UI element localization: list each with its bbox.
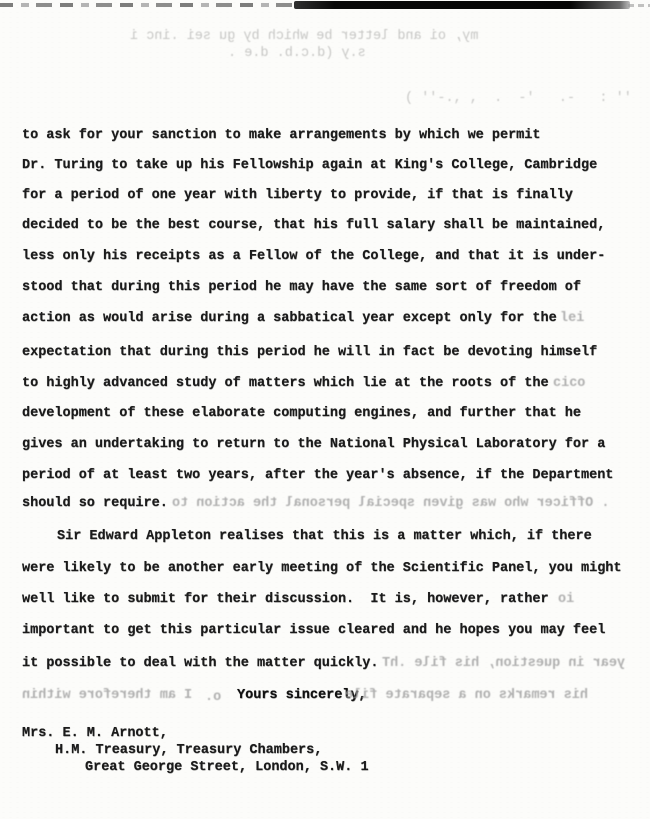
bleedthrough-text: s.y (d.c.b. d.e . [228,46,366,61]
letter-line: should so require. [22,496,168,511]
letter-line: period of at least two years, after the … [22,468,613,483]
bleedthrough-text: his remarks on a separate file [345,688,588,703]
letter-line: Sir Edward Appleton realises that this i… [57,529,592,544]
bleedthrough-text: oi [558,592,574,607]
letter-line: stood that during this period he may hav… [22,280,581,295]
scan-edge-artifact-dashed [0,3,308,7]
letter-line: for a period of one year with liberty to… [22,188,573,203]
letter-line: it possible to deal with the matter quic… [22,656,378,671]
recipient-address-line: H.M. Treasury, Treasury Chambers, [55,743,322,758]
letter-line: important to get this particular issue c… [22,623,605,638]
letter-line: decided to be the best course, that his … [22,218,605,233]
letter-line: expectation that during this period he w… [22,345,597,360]
letter-line: action as would arise during a sabbatica… [22,311,557,326]
letter-line: well like to submit for their discussion… [22,592,549,607]
letter-line: were likely to be another early meeting … [22,561,622,576]
bleedthrough-text: .o [205,690,221,705]
scan-edge-artifact-solid [294,1,630,9]
recipient-address-line: Great George Street, London, S.W. 1 [85,760,369,775]
letter-line: to ask for your sanction to make arrange… [22,128,540,143]
recipient-address-line: Mrs. E. M. Arnott, [22,726,168,741]
letter-line: Dr. Turing to take up his Fellowship aga… [22,158,597,173]
bleedthrough-text: I am therefore within [22,688,192,703]
bleedthrough-text: ( ''-., , . -' .- : '' [405,91,632,106]
letter-line: development of these elaborate computing… [22,406,581,421]
scanned-letter-page: to ask for your sanction to make arrange… [0,0,650,819]
bleedthrough-text: lei [560,311,584,326]
bleedthrough-text: my, oi and letter be which by gu sei .in… [130,29,478,44]
letter-line: to highly advanced study of matters whic… [22,376,549,391]
scan-edge-artifact-tail [628,4,650,7]
bleedthrough-text: cico [553,376,585,391]
bleedthrough-text: . Officer who was given special personal… [172,496,609,511]
letter-line: gives an undertaking to return to the Na… [22,437,605,452]
letter-line: less only his receipts as a Fellow of th… [22,249,605,264]
bleedthrough-text: year in question, his file .hT [382,656,625,671]
